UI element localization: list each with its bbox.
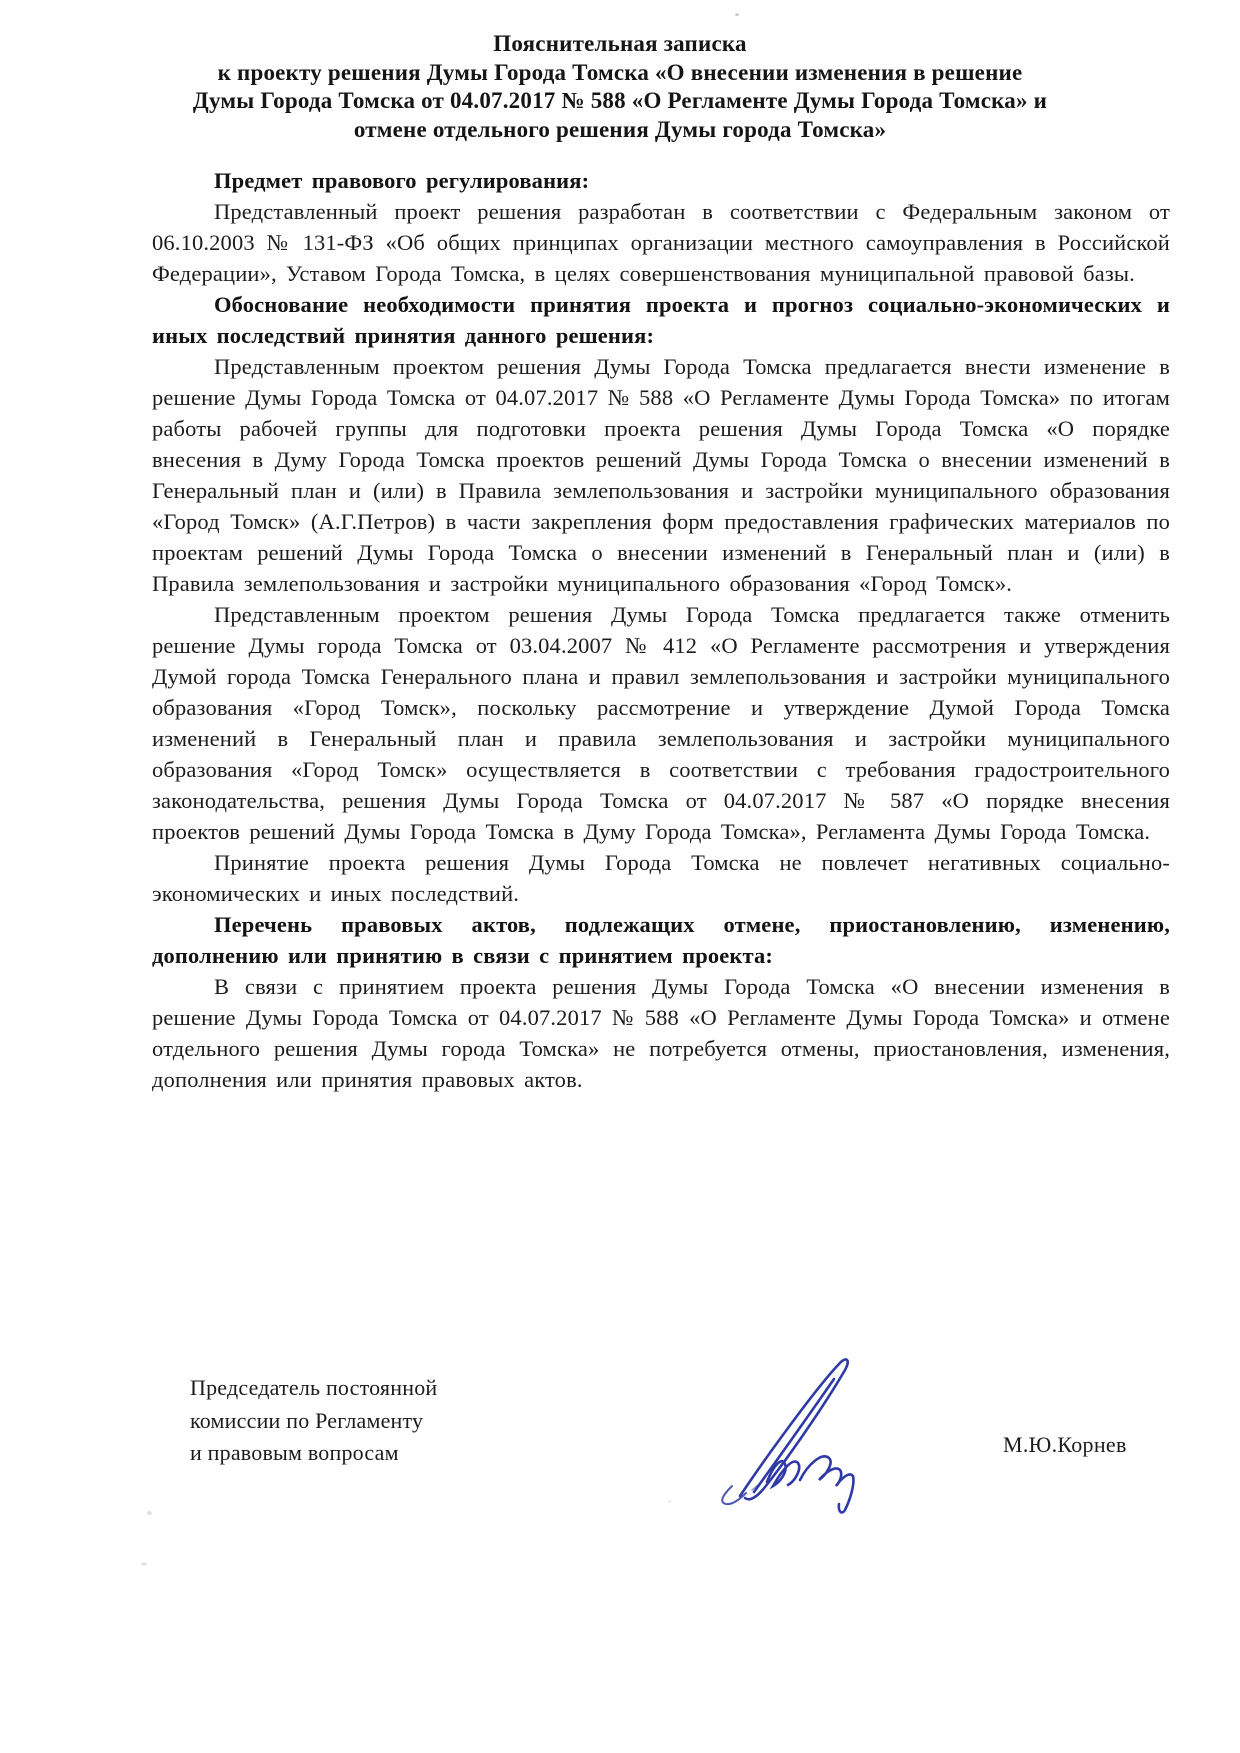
paragraph: В связи с принятием проекта решения Думы… <box>152 971 1170 1095</box>
document-body: Предмет правового регулирования: Предста… <box>0 165 1240 1095</box>
signatory-name: М.Ю.Корнев <box>1003 1432 1127 1458</box>
signatory-position-line: и правовым вопросам <box>190 1437 437 1470</box>
signatory-position: Председатель постоянной комиссии по Регл… <box>190 1372 437 1470</box>
section-heading-acts-list: Перечень правовых актов, подлежащих отме… <box>152 909 1170 971</box>
title-line: Пояснительная записка <box>0 30 1240 59</box>
section-heading-justification: Обоснование необходимости принятия проек… <box>152 289 1170 351</box>
scan-speck <box>141 1562 147 1566</box>
signatory-position-line: комиссии по Регламенту <box>190 1405 437 1438</box>
scanned-document-page: Пояснительная записка к проекту решения … <box>0 0 1240 1753</box>
document-title: Пояснительная записка к проекту решения … <box>0 0 1240 144</box>
signatory-position-line: Председатель постоянной <box>190 1372 437 1405</box>
paragraph: Представленный проект решения разработан… <box>152 196 1170 289</box>
scan-speck <box>735 13 739 16</box>
paragraph: Представленным проектом решения Думы Гор… <box>152 351 1170 599</box>
scan-speck <box>147 1511 152 1515</box>
title-line: к проекту решения Думы Города Томска «О … <box>0 59 1240 88</box>
section-heading-subject: Предмет правового регулирования: <box>152 165 1170 196</box>
scan-speck <box>668 1500 671 1503</box>
paragraph: Принятие проекта решения Думы Города Том… <box>152 847 1170 909</box>
title-line: отмене отдельного решения Думы города То… <box>0 116 1240 145</box>
handwritten-signature <box>712 1344 902 1514</box>
paragraph: Представленным проектом решения Думы Гор… <box>152 599 1170 847</box>
title-line: Думы Города Томска от 04.07.2017 № 588 «… <box>0 87 1240 116</box>
